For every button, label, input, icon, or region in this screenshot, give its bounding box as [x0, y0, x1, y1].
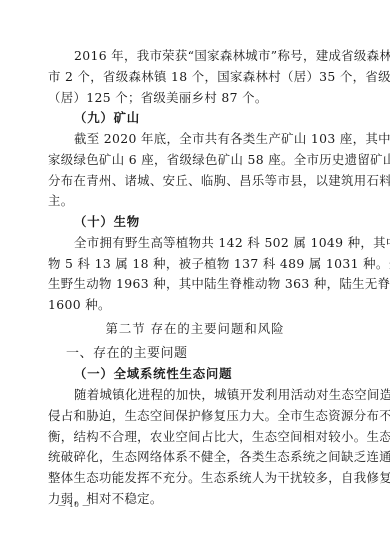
paragraph-forest-line-3: （居）125 个；省级美丽乡村 87 个。: [48, 88, 344, 108]
page-number: — 10 —: [58, 500, 90, 509]
paragraph-problems-line-2: 侵占和胁迫，生态空间保护修复压力大。全市生态资源分布不均: [48, 406, 344, 426]
paragraph-forest-line-1: 2016 年，我市荣获“国家森林城市”称号，建成省级森林城: [74, 46, 344, 66]
paragraph-mines-line-1: 截至 2020 年底，全市共有各类生产矿山 103 座，其中建成国: [74, 129, 344, 149]
paragraph-forest-line-2: 市 2 个，省级森林镇 18 个，国家森林村（居）35 个，省级森林村: [48, 67, 344, 87]
heading-biology: （十）生物: [74, 212, 370, 232]
paragraph-problems-line-1: 随着城镇化进程的加快，城镇开发利用活动对生态空间造成: [74, 385, 344, 405]
paragraph-biology-line-2: 物 5 科 13 属 18 种，被子植物 137 科 489 属 1031 种。…: [48, 254, 344, 274]
paragraph-problems-line-4: 统破碎化，生态网络体系不健全，各类生态系统之间缺乏连通性，: [48, 447, 344, 467]
heading-mines: （九）矿山: [74, 108, 370, 128]
paragraph-biology-line-1: 全市拥有野生高等植物共 142 科 502 属 1049 种，其中裸子植: [74, 233, 344, 253]
heading-level-2: （一）全域系统性生态问题: [74, 364, 232, 384]
paragraph-biology-line-4: 1600 种。: [48, 295, 344, 315]
paragraph-mines-line-2: 家级绿色矿山 6 座，省级绿色矿山 58 座。全市历史遗留矿山主要: [48, 150, 344, 170]
paragraph-mines-line-4: 主。: [48, 191, 344, 211]
document-page: 2016 年，我市荣获“国家森林城市”称号，建成省级森林城 市 2 个，省级森林…: [0, 0, 390, 551]
section-title: 第二节 存在的主要问题和风险: [0, 319, 390, 339]
paragraph-problems-line-6: 力弱，相对不稳定。: [48, 489, 344, 509]
paragraph-problems-line-3: 衡，结构不合理，农业空间占比大，生态空间相对较小。生态系: [48, 427, 344, 447]
paragraph-problems-line-5: 整体生态功能发挥不充分。生态系统人为干扰较多，自我修复能: [48, 468, 344, 488]
heading-level-1: 一、存在的主要问题: [66, 344, 188, 364]
paragraph-biology-line-3: 生野生动物 1963 种，其中陆生脊椎动物 363 种，陆生无脊椎动物: [48, 274, 344, 294]
paragraph-mines-line-3: 分布在青州、诸城、安丘、临朐、昌乐等市县，以建筑用石料为: [48, 171, 344, 191]
